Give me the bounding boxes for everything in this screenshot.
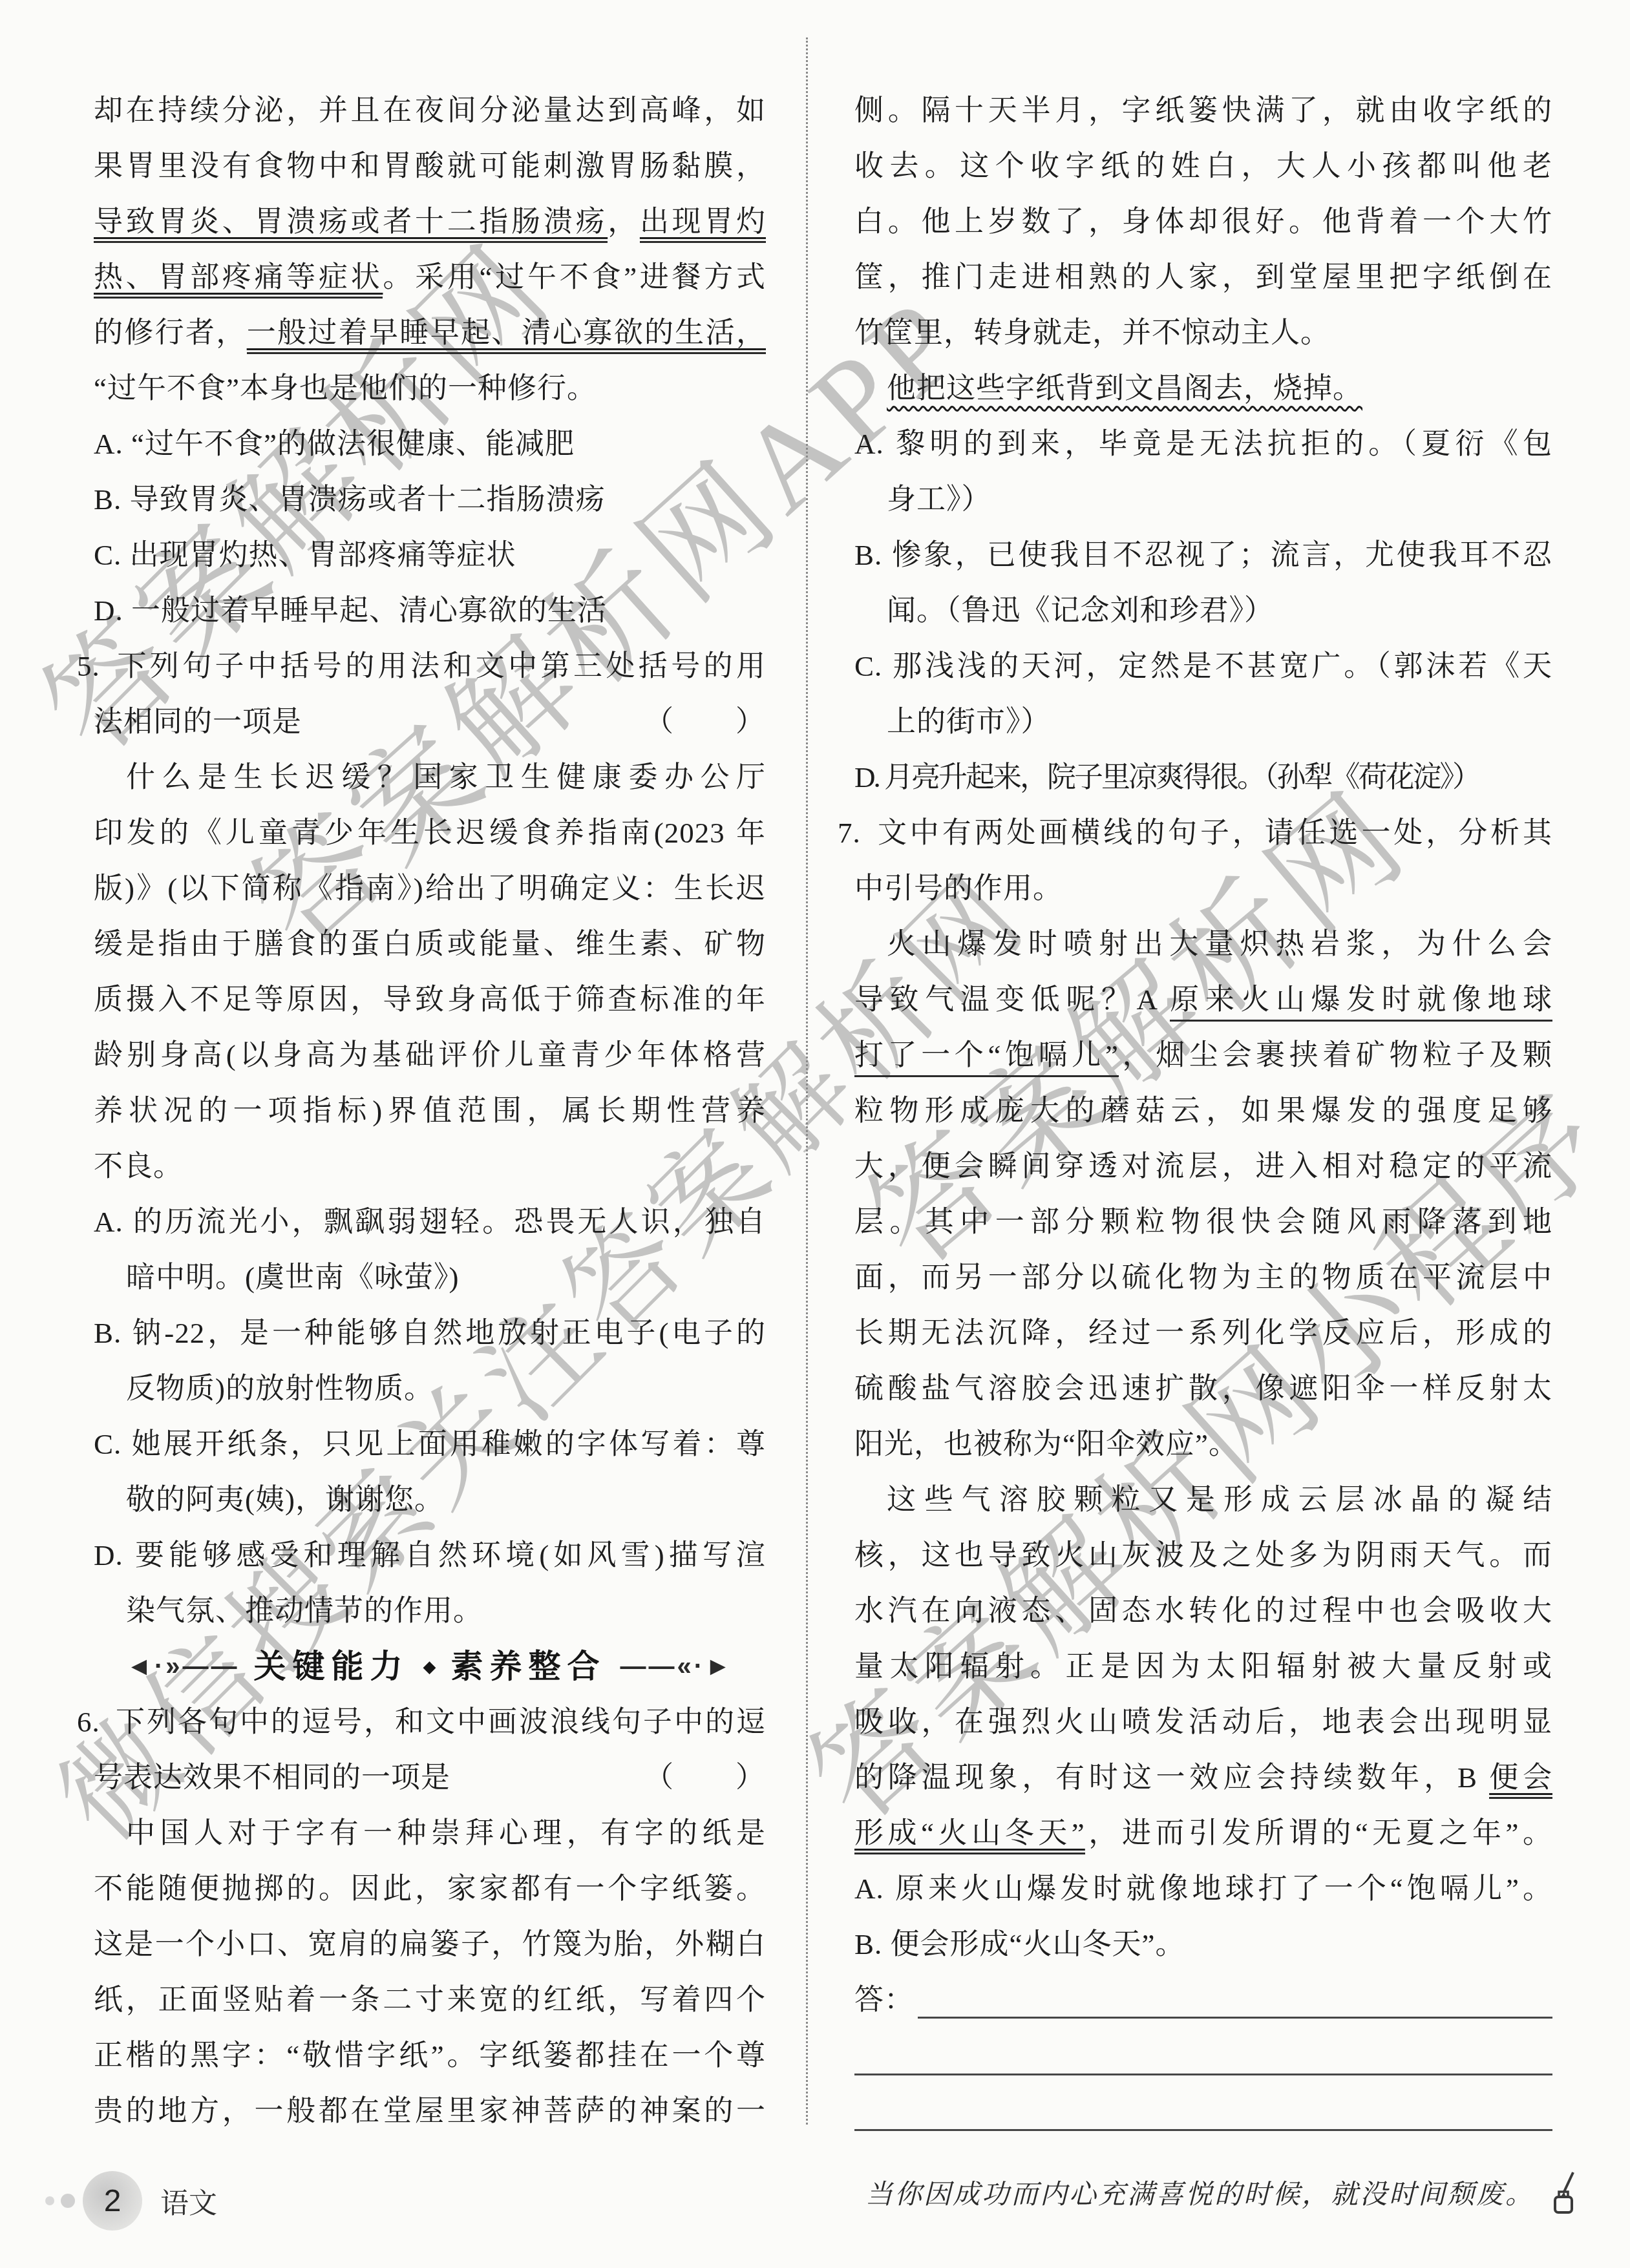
text-segment: 导致气温变低呢？A xyxy=(854,983,1170,1016)
text-segment: 龄别身高(以身高为基础评价儿童青少年体格营 xyxy=(94,1039,766,1071)
underlined-text: 导致胃炎、胃溃疡或者十二指肠溃疡 xyxy=(94,205,608,243)
answer-rule xyxy=(854,2083,1552,2139)
text-segment: 竹筐里，转身就走，并不惊动主人。 xyxy=(854,317,1330,349)
text-segment: A. 原来火山爆发时就像地球打了一个“饱嗝儿”。 xyxy=(854,1873,1552,1905)
text-segment: D. 要能够感受和理解自然环境(如风雪)描写渲 xyxy=(94,1539,766,1571)
text-line: 白。他上岁数了，身体却很好。他背着一个大竹 xyxy=(854,194,1552,249)
text-segment: 阳光，也被称为“阳伞效应”。 xyxy=(854,1428,1238,1460)
text-line: 吸收，在强烈火山喷发活动后，地表会出现明显 xyxy=(854,1694,1552,1750)
text-line: 贵的地方，一般都在堂屋里家神菩萨的神案的一 xyxy=(94,2083,766,2139)
text-segment: 下列句子中括号的用法和文中第三处括号的用 xyxy=(114,650,766,682)
text-line: 粒物形成庞大的蘑菇云，如果爆发的强度足够 xyxy=(854,1083,1552,1139)
text-segment: A. “过午不食”的做法很健康、能减肥 xyxy=(94,428,575,460)
text-segment: B. 惨象，已使我目不忍视了；流言，尤使我耳不忍 xyxy=(854,539,1552,571)
text-segment: 什么是生长迟缓？国家卫生健康委办公厅 xyxy=(126,761,766,793)
text-line: 这些气溶胶颗粒又是形成云层冰晶的凝结 xyxy=(854,1472,1552,1528)
text-line: 核，这也导致火山灰波及之处多为阴雨天气。而 xyxy=(854,1528,1552,1583)
page-footer: 2 语文 当你因成功而内心充满喜悦的时候，就没时间颓废。 xyxy=(0,2163,1630,2241)
underlined-text: 他把这些字纸背到文昌阁去，烧掉。 xyxy=(887,372,1362,404)
text-segment: 核，这也导致火山灰波及之处多为阴雨天气。而 xyxy=(854,1539,1552,1571)
text-line: 导致胃炎、胃溃疡或者十二指肠溃疡，出现胃灼 xyxy=(94,194,766,249)
text-segment: B. 导致胃炎、胃溃疡或者十二指肠溃疡 xyxy=(94,483,606,516)
underlined-text: 热、胃部疼痛等症状 xyxy=(94,261,383,299)
text-line: 版)》(以下简称《指南》)给出了明确定义：生长迟 xyxy=(94,861,766,916)
text-line: D. 要能够感受和理解自然环境(如风雪)描写渲 xyxy=(94,1528,766,1583)
question-line: 5.下列句子中括号的用法和文中第三处括号的用 xyxy=(94,638,766,694)
ink-bottle-icon xyxy=(1549,2170,1578,2215)
underlined-text: 形成“火山冬天” xyxy=(854,1817,1085,1854)
text-line: 打了一个“饱嗝儿”，烟尘会裹挟着矿物粒子及颗 xyxy=(854,1027,1552,1083)
text-segment: 的降温现象，有时这一效应会持续数年，B xyxy=(854,1761,1489,1794)
answer-line: 答： xyxy=(854,1972,1552,2028)
text-line: 染气氛、推动情节的作用。 xyxy=(94,1583,766,1639)
text-line: A. 原来火山爆发时就像地球打了一个“饱嗝儿”。 xyxy=(854,1861,1552,1916)
underlined-text: 出现胃灼 xyxy=(640,205,766,243)
text-segment: 养状况的一项指标)界值范围，属长期性营养 xyxy=(94,1095,766,1127)
text-segment: 这些气溶胶颗粒又是形成云层冰晶的凝结 xyxy=(887,1484,1552,1516)
text-line: D. 月亮升起来，院子里凉爽得很。（孙犁《荷花淀》） xyxy=(854,750,1552,805)
text-line: 面，而另一部分以硫化物为主的物质在平流层中 xyxy=(854,1250,1552,1305)
text-segment: 的修行者， xyxy=(94,317,247,349)
text-segment: 身工》） xyxy=(887,483,991,516)
text-segment: 白。他上岁数了，身体却很好。他背着一个大竹 xyxy=(854,205,1552,238)
question-number: 7. xyxy=(838,805,875,861)
footer-left: 2 语文 xyxy=(45,2171,217,2231)
text-line: 火山爆发时喷射出大量炽热岩浆，为什么会 xyxy=(854,916,1552,972)
text-segment: 侧。隔十天半月，字纸篓快满了，就由收字纸的 xyxy=(854,94,1552,127)
underlined-text: 便会 xyxy=(1489,1761,1552,1799)
text-segment: C. 那浅浅的天河，定然是不甚宽广。（郭沫若《天 xyxy=(854,650,1552,682)
section-title: 素养整合 xyxy=(451,1639,606,1694)
text-segment: 筐，推门走进相熟的人家，到堂屋里把字纸倒在 xyxy=(854,261,1552,293)
text-segment: ，进而引发所谓的“无夏之年”。 xyxy=(1085,1817,1552,1849)
text-line: 阳光，也被称为“阳伞效应”。 xyxy=(854,1416,1552,1472)
text-line: 中国人对于字有一种崇拜心理，有字的纸是 xyxy=(94,1805,766,1861)
text-segment: C. 出现胃灼热、胃部疼痛等症状 xyxy=(94,539,516,571)
text-segment: 闻。（鲁迅《记念刘和珍君》） xyxy=(887,594,1274,627)
text-segment: 硫酸盐气溶胶会迅速扩散，像遮阳伞一样反射太 xyxy=(854,1372,1552,1405)
page-number-badge: 2 xyxy=(83,2171,142,2231)
text-line: 敬的阿夷(姨)，谢谢您。 xyxy=(94,1472,766,1528)
text-line: 上的街市》） xyxy=(854,694,1552,750)
page-number: 2 xyxy=(104,2183,122,2219)
footer-right: 当你因成功而内心充满喜悦的时候，就没时间颓废。 xyxy=(865,2170,1578,2215)
text-line: 质摄入不足等原因，导致身高低于筛查标准的年 xyxy=(94,972,766,1027)
text-line: 水汽在向液态、固态水转化的过程中也会吸收大 xyxy=(854,1583,1552,1639)
text-line: D. 一般过着早睡早起、清心寡欲的生活 xyxy=(94,583,766,638)
text-line: B. 便会形成“火山冬天”。 xyxy=(854,1916,1552,1972)
text-segment: 。采用“过午不食”进餐方式 xyxy=(383,261,766,293)
text-line: 的修行者，一般过着早睡早起、清心寡欲的生活， xyxy=(94,305,766,361)
question-line: 7.文中有两处画横线的句子，请任选一处，分析其 xyxy=(854,805,1552,861)
text-segment: 印发的《儿童青少年生长迟缓食养指南(2023 年 xyxy=(94,817,766,849)
text-line: 侧。隔十天半月，字纸篓快满了，就由收字纸的 xyxy=(854,83,1552,138)
text-line: 却在持续分泌，并且在夜间分泌量达到高峰，如 xyxy=(94,83,766,138)
text-line: 硫酸盐气溶胶会迅速扩散，像遮阳伞一样反射太 xyxy=(854,1361,1552,1416)
text-line: 身工》） xyxy=(854,472,1552,527)
text-line: C. 那浅浅的天河，定然是不甚宽广。（郭沫若《天 xyxy=(854,638,1552,694)
section-header: ◄·»——关键能力◆素养整合——«·► xyxy=(94,1639,766,1694)
text-segment: D. 一般过着早睡早起、清心寡欲的生活 xyxy=(94,594,607,627)
text-line: 印发的《儿童青少年生长迟缓食养指南(2023 年 xyxy=(94,805,766,861)
text-line: 导致气温变低呢？A 原来火山爆发时就像地球 xyxy=(854,972,1552,1027)
text-line: C. 她展开纸条，只见上面用稚嫩的字体写着：尊 xyxy=(94,1416,766,1472)
text-segment: 中引号的作用。 xyxy=(854,872,1063,905)
text-segment: 层。其中一部分颗粒物很快会随风雨降落到地 xyxy=(854,1206,1552,1238)
text-segment: 反物质)的放射性物质。 xyxy=(126,1372,434,1405)
text-segment: 敬的阿夷(姨)，谢谢您。 xyxy=(126,1484,444,1516)
ornament-right: ——«·► xyxy=(620,1639,734,1694)
text-line: 他把这些字纸背到文昌阁去，烧掉。 xyxy=(854,361,1552,416)
text-line: 什么是生长迟缓？国家卫生健康委办公厅 xyxy=(94,750,766,805)
text-line: B. 导致胃炎、胃溃疡或者十二指肠溃疡 xyxy=(94,472,766,527)
question-number: 5. xyxy=(77,638,114,694)
column-divider xyxy=(806,37,808,2125)
text-line: 法相同的一项是（ ） xyxy=(94,694,766,750)
text-segment: 染气氛、推动情节的作用。 xyxy=(126,1595,483,1627)
underlined-text: 一般过着早睡早起、清心寡欲的生活， xyxy=(247,317,766,354)
text-segment: B. 便会形成“火山冬天”。 xyxy=(854,1928,1185,1960)
question-line: 6.下列各句中的逗号，和文中画波浪线句子中的逗 xyxy=(94,1694,766,1750)
text-segment: 法相同的一项是 xyxy=(94,694,302,750)
text-line: 暗中明。(虞世南《咏萤》) xyxy=(94,1250,766,1305)
text-line: A. 的历流光小，飘飖弱翅轻。恐畏无人识，独自 xyxy=(94,1194,766,1250)
text-line: 热、胃部疼痛等症状。采用“过午不食”进餐方式 xyxy=(94,249,766,305)
text-line: “过午不食”本身也是他们的一种修行。 xyxy=(94,361,766,416)
text-line: B. 钠-22，是一种能够自然地放射正电子(电子的 xyxy=(94,1305,766,1361)
text-segment: 火山爆发时喷射出大量炽热岩浆，为什么会 xyxy=(887,928,1552,960)
text-line: 龄别身高(以身高为基础评价儿童青少年体格营 xyxy=(94,1027,766,1083)
text-segment: 收去。这个收字纸的姓白，大人小孩都叫他老 xyxy=(854,150,1552,182)
text-segment: 暗中明。(虞世南《咏萤》) xyxy=(126,1261,459,1294)
text-line: 果胃里没有食物中和胃酸就可能刺激胃肠黏膜， xyxy=(94,138,766,194)
text-segment: 缓是指由于膳食的蛋白质或能量、维生素、矿物 xyxy=(94,928,766,960)
text-line: 缓是指由于膳食的蛋白质或能量、维生素、矿物 xyxy=(94,916,766,972)
underlined-text: 原来火山爆发时就像地球 xyxy=(1170,983,1552,1022)
text-segment: B. 钠-22，是一种能够自然地放射正电子(电子的 xyxy=(94,1317,766,1349)
text-segment: ，烟尘会裹挟着矿物粒子及颗 xyxy=(1119,1039,1552,1071)
text-line: 竹筐里，转身就走，并不惊动主人。 xyxy=(854,305,1552,361)
text-segment: 水汽在向液态、固态水转化的过程中也会吸收大 xyxy=(854,1595,1552,1627)
text-segment: 正楷的黑字：“敬惜字纸”。字纸篓都挂在一个尊 xyxy=(94,2039,766,2072)
text-segment: 上的街市》） xyxy=(887,706,1051,738)
text-line: 反物质)的放射性物质。 xyxy=(94,1361,766,1416)
answer-parentheses: （ ） xyxy=(644,1750,766,1805)
workbook-page: 答案解析网答案解析网APP答案解析网微信搜索关注答案解析网答案解析网小程序 却在… xyxy=(0,0,1630,2268)
answer-rule-line xyxy=(918,2017,1552,2019)
text-segment: 中国人对于字有一种崇拜心理，有字的纸是 xyxy=(126,1817,766,1849)
text-segment: 却在持续分泌，并且在夜间分泌量达到高峰，如 xyxy=(94,94,766,127)
decorative-dot xyxy=(61,2194,75,2208)
text-line: 的降温现象，有时这一效应会持续数年，B 便会 xyxy=(854,1750,1552,1805)
question-number: 6. xyxy=(77,1694,114,1750)
text-segment: 不良。 xyxy=(94,1150,183,1182)
text-segment: 文中有两处画横线的句子，请任选一处，分析其 xyxy=(875,817,1552,849)
text-line: A. “过午不食”的做法很健康、能减肥 xyxy=(94,416,766,472)
text-segment: 贵的地方，一般都在堂屋里家神菩萨的神案的一 xyxy=(94,2095,766,2127)
subject-label: 语文 xyxy=(160,2180,217,2221)
text-segment: ， xyxy=(608,205,640,238)
decorative-dot xyxy=(45,2196,54,2205)
text-segment: 版)》(以下简称《指南》)给出了明确定义：生长迟 xyxy=(94,872,766,905)
text-line: 层。其中一部分颗粒物很快会随风雨降落到地 xyxy=(854,1194,1552,1250)
text-line: 形成“火山冬天”，进而引发所谓的“无夏之年”。 xyxy=(854,1805,1552,1861)
text-segment: C. 她展开纸条，只见上面用稚嫩的字体写着：尊 xyxy=(94,1428,766,1460)
text-segment: A. 黎明的到来，毕竟是无法抗拒的。（夏衍《包 xyxy=(854,428,1552,460)
section-title: 关键能力 xyxy=(254,1639,409,1694)
text-line: A. 黎明的到来，毕竟是无法抗拒的。（夏衍《包 xyxy=(854,416,1552,472)
text-segment: 质摄入不足等原因，导致身高低于筛查标准的年 xyxy=(94,983,766,1016)
answer-label: 答： xyxy=(854,1972,914,2028)
text-line: 大，便会瞬间穿透对流层，进入相对稳定的平流 xyxy=(854,1139,1552,1194)
text-segment: 粒物形成庞大的蘑菇云，如果爆发的强度足够 xyxy=(854,1095,1552,1127)
text-segment: 这是一个小口、宽肩的扁篓子，竹篾为胎，外糊白 xyxy=(94,1928,766,1960)
text-segment: 面，而另一部分以硫化物为主的物质在平流层中 xyxy=(854,1261,1552,1294)
text-line: 中引号的作用。 xyxy=(854,861,1552,916)
text-line: B. 惨象，已使我目不忍视了；流言，尤使我耳不忍 xyxy=(854,527,1552,583)
answer-rule-line xyxy=(854,2074,1552,2075)
text-segment: 果胃里没有食物中和胃酸就可能刺激胃肠黏膜， xyxy=(94,150,766,182)
text-segment: A. 的历流光小，飘飖弱翅轻。恐畏无人识，独自 xyxy=(94,1206,766,1238)
text-segment: 大，便会瞬间穿透对流层，进入相对稳定的平流 xyxy=(854,1150,1552,1182)
text-line: 筐，推门走进相熟的人家，到堂屋里把字纸倒在 xyxy=(854,249,1552,305)
text-line: 养状况的一项指标)界值范围，属长期性营养 xyxy=(94,1083,766,1139)
answer-parentheses: （ ） xyxy=(644,694,766,750)
answer-rule-line xyxy=(854,2129,1552,2131)
right-column: 侧。隔十天半月，字纸篓快满了，就由收字纸的收去。这个收字纸的姓白，大人小孩都叫他… xyxy=(854,83,1552,2139)
text-segment: 长期无法沉降，经过一系列化学反应后，形成的 xyxy=(854,1317,1552,1349)
text-line: 闻。（鲁迅《记念刘和珍君》） xyxy=(854,583,1552,638)
text-segment: “过午不食”本身也是他们的一种修行。 xyxy=(94,372,597,404)
ornament-left: ◄·»—— xyxy=(126,1639,239,1694)
text-segment: 纸，正面竖贴着一条二寸来宽的红纸，写着四个 xyxy=(94,1984,766,2016)
text-line: 不能随便抛掷的。因此，家家都有一个字纸篓。 xyxy=(94,1861,766,1916)
text-line: 收去。这个收字纸的姓白，大人小孩都叫他老 xyxy=(854,138,1552,194)
text-segment: 号表达效果不相同的一项是 xyxy=(94,1750,450,1805)
left-column: 却在持续分泌，并且在夜间分泌量达到高峰，如果胃里没有食物中和胃酸就可能刺激胃肠黏… xyxy=(94,83,766,2139)
text-segment: 量太阳辐射。正是因为太阳辐射被大量反射或 xyxy=(854,1650,1552,1683)
underlined-text: 打了一个“饱嗝儿” xyxy=(854,1039,1119,1077)
text-line: 不良。 xyxy=(94,1139,766,1194)
text-segment: 不能随便抛掷的。因此，家家都有一个字纸篓。 xyxy=(94,1873,766,1905)
text-line: 这是一个小口、宽肩的扁篓子，竹篾为胎，外糊白 xyxy=(94,1916,766,1972)
text-line: 长期无法沉降，经过一系列化学反应后，形成的 xyxy=(854,1305,1552,1361)
footer-motto: 当你因成功而内心充满喜悦的时候，就没时间颓废。 xyxy=(865,2173,1534,2212)
text-segment: 下列各句中的逗号，和文中画波浪线句子中的逗 xyxy=(114,1706,766,1738)
text-segment: 吸收，在强烈火山喷发活动后，地表会出现明显 xyxy=(854,1706,1552,1738)
text-line: 量太阳辐射。正是因为太阳辐射被大量反射或 xyxy=(854,1639,1552,1694)
text-line: 号表达效果不相同的一项是（ ） xyxy=(94,1750,766,1805)
text-line: 正楷的黑字：“敬惜字纸”。字纸篓都挂在一个尊 xyxy=(94,2028,766,2083)
text-line: 纸，正面竖贴着一条二寸来宽的红纸，写着四个 xyxy=(94,1972,766,2028)
text-segment: D. 月亮升起来，院子里凉爽得很。（孙犁《荷花淀》） xyxy=(854,761,1479,793)
text-line: C. 出现胃灼热、胃部疼痛等症状 xyxy=(94,527,766,583)
answer-rule xyxy=(854,2028,1552,2083)
diamond-icon: ◆ xyxy=(423,1639,437,1694)
